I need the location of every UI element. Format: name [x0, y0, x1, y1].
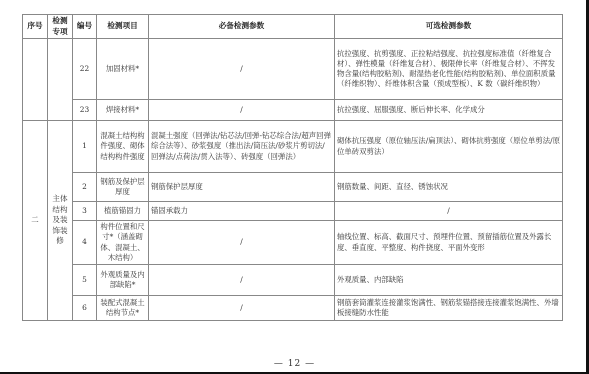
category-cell: 主体结构及装饰装修: [48, 121, 73, 321]
row-number: 22: [73, 39, 97, 100]
row-optional: 轴线位置、标高、截面尺寸、预埋件位置、预留插筋位置及外露长度、垂直度、平整度、构…: [335, 221, 563, 265]
row-item: 焊接材料*: [97, 100, 149, 121]
row-item: 混凝土结构构件强度、砌体结构构件强度: [97, 121, 149, 173]
row-required: /: [149, 265, 335, 296]
row-required: 混凝土强度（回弹法/钻芯法/回弹-钻芯综合法/超声回弹综合法等）、砂浆强度（推出…: [149, 121, 335, 173]
table-row: 5 外观质量及内部缺陷* / 外观质量、内部缺陷: [23, 265, 563, 296]
row-optional: 钢筋数量、间距、直径、锈蚀状况: [335, 173, 563, 202]
header-category: 检测 专项: [48, 15, 73, 39]
inspection-parameters-table: 序号 检测 专项 编号 检测项目 必备检测参数 可选检测参数 22 加固材料* …: [22, 14, 563, 321]
category-cell-empty: [48, 39, 73, 121]
header-category-line2: 专项: [52, 27, 67, 36]
header-item: 检测项目: [97, 15, 149, 39]
table-header-row: 序号 检测 专项 编号 检测项目 必备检测参数 可选检测参数: [23, 15, 563, 39]
table-row: 6 装配式混凝土结构节点* / 钢筋套筒灌浆连接灌浆饱满性、钢筋浆锚搭接连接灌浆…: [23, 296, 563, 321]
header-required-params: 必备检测参数: [149, 15, 335, 39]
row-required: /: [149, 100, 335, 121]
row-item: 加固材料*: [97, 39, 149, 100]
row-item: 装配式混凝土结构节点*: [97, 296, 149, 321]
row-required: /: [149, 296, 335, 321]
row-item: 钢筋及保护层厚度: [97, 173, 149, 202]
table-row: 2 钢筋及保护层厚度 钢筋保护层厚度 钢筋数量、间距、直径、锈蚀状况: [23, 173, 563, 202]
row-optional: 外观质量、内部缺陷: [335, 265, 563, 296]
serial-cell: 二: [23, 121, 48, 321]
row-number: 6: [73, 296, 97, 321]
table-row: 二 主体结构及装饰装修 1 混凝土结构构件强度、砌体结构构件强度 混凝土强度（回…: [23, 121, 563, 173]
row-optional: 抗拉强度、抗剪强度、正拉粘结强度、抗拉强度标准值（纤维复合材）、弹性模量（纤维复…: [335, 39, 563, 100]
table-row: 22 加固材料* / 抗拉强度、抗剪强度、正拉粘结强度、抗拉强度标准值（纤维复合…: [23, 39, 563, 100]
row-required: /: [149, 39, 335, 100]
page-number: — 12 —: [0, 359, 589, 369]
header-category-line1: 检测: [52, 16, 67, 25]
serial-cell-empty: [23, 39, 48, 121]
row-number: 4: [73, 221, 97, 265]
row-number: 1: [73, 121, 97, 173]
header-serial: 序号: [23, 15, 48, 39]
category-text: 主体结构及装饰装修: [52, 194, 68, 247]
row-required: 锚固承载力: [149, 202, 335, 221]
row-required: 钢筋保护层厚度: [149, 173, 335, 202]
row-number: 23: [73, 100, 97, 121]
table-row: 23 焊接材料* / 抗拉强度、屈服强度、断后伸长率、化学成分: [23, 100, 563, 121]
row-optional: /: [335, 202, 563, 221]
row-item: 外观质量及内部缺陷*: [97, 265, 149, 296]
row-item: 植筋锚固力: [97, 202, 149, 221]
row-optional: 钢筋套筒灌浆连接灌浆饱满性、钢筋浆锚搭接连接灌浆饱满性、外墙板接缝防水性能: [335, 296, 563, 321]
header-optional-params: 可选检测参数: [335, 15, 563, 39]
row-number: 5: [73, 265, 97, 296]
table-row: 4 构件位置和尺寸*（涵盖砌体、混凝土、木结构） / 轴线位置、标高、截面尺寸、…: [23, 221, 563, 265]
row-number: 3: [73, 202, 97, 221]
row-optional: 抗拉强度、屈服强度、断后伸长率、化学成分: [335, 100, 563, 121]
row-required: /: [149, 221, 335, 265]
row-number: 2: [73, 173, 97, 202]
row-optional: 砌体抗压强度（原位轴压法/扁顶法）、砌体抗剪强度（原位单剪法/原位单砖双剪法）: [335, 121, 563, 173]
header-number: 编号: [73, 15, 97, 39]
table-row: 3 植筋锚固力 锚固承载力 /: [23, 202, 563, 221]
row-item: 构件位置和尺寸*（涵盖砌体、混凝土、木结构）: [97, 221, 149, 265]
